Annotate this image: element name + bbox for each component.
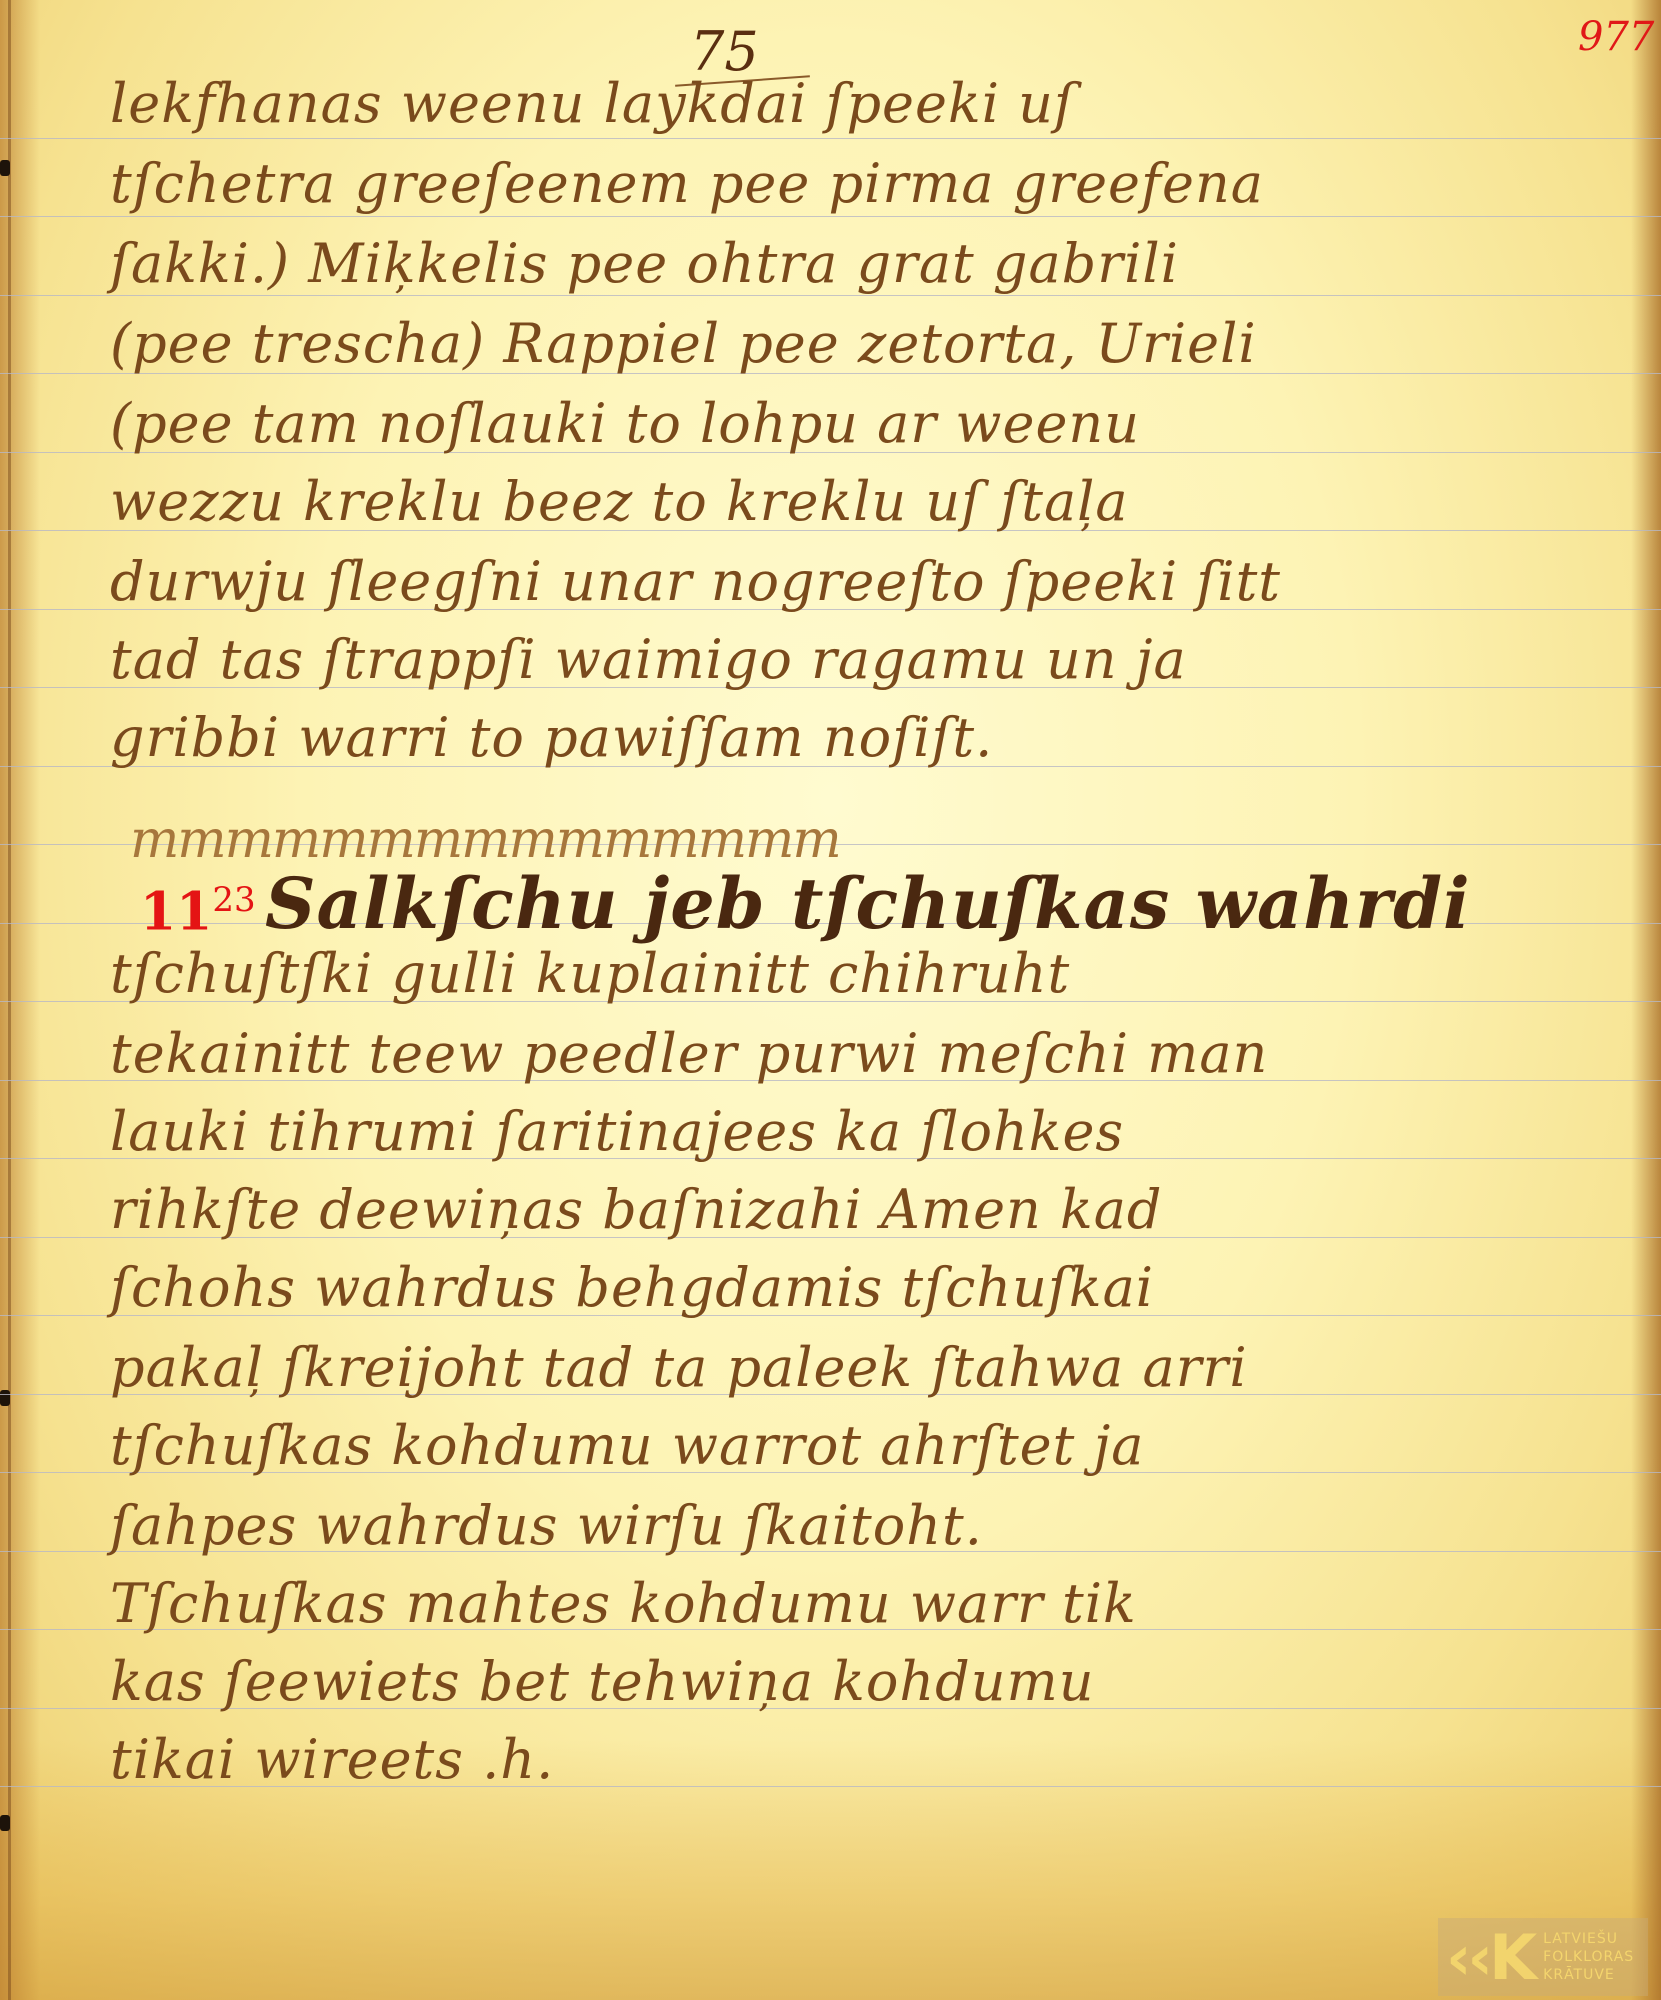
manuscript-page: 75 977 lekfhanas weenu laykdai ſpeeki uſ… (0, 0, 1661, 2000)
lfk-logo-icon: ‹‹K (1446, 1921, 1533, 1994)
text-line: Tſchuſkas mahtes kohdumu warr tik (110, 1572, 1137, 1635)
text-line: tad tas ſtrappſi waimigo ragamu un ja (110, 628, 1187, 691)
text-line: pakaļ ſkreijoht tad ta paleek ſtahwa arr… (110, 1336, 1248, 1399)
text-line: (pee tam noſlauki to lohpu ar weenu (110, 392, 1140, 455)
text-line: gribbi warri to pawiſſam noſiſt. (110, 706, 993, 769)
entry-number: 1123 (140, 880, 256, 942)
text-line: (pee trescha) Rappiel pee zetorta, Uriel… (110, 312, 1257, 375)
text-line: tekainitt teew peedler purwi meſchi man (110, 1022, 1268, 1085)
paper-stain-left (0, 0, 40, 2000)
archive-logo: ‹‹K LATVIEŠU FOLKLORAS KRĀTUVE (1438, 1918, 1648, 1996)
text-line: wezzu kreklu beez to kreklu uſ ſtaļa (110, 470, 1129, 533)
section-divider: mmmmmmmmmmmmmmm (130, 810, 840, 870)
text-line: tſchuſtſki gulli kuplainitt chihruht (110, 942, 1070, 1005)
paper-stain-right (1631, 0, 1661, 2000)
text-line: tſchuſkas kohdumu warrot ahrſtet ja (110, 1414, 1144, 1477)
ruled-line (0, 295, 1661, 296)
binding-staple-icon (0, 1815, 10, 1831)
ruled-line (0, 216, 1661, 217)
entry-number-main: 11 (140, 881, 212, 942)
binding-edge (8, 0, 11, 2000)
text-line: ſakki.) Miķkelis pee ohtra grat gabrili (110, 232, 1179, 295)
text-line: kas ſeewiets bet tehwiņa kohdumu (110, 1650, 1095, 1713)
text-line: lauki tihrumi ſaritinajees ka ſlohkes (110, 1100, 1124, 1163)
archive-number: 977 (1578, 14, 1654, 60)
text-line: ſchohs wahrdus behgdamis tſchuſkai (110, 1256, 1154, 1319)
text-line: lekfhanas weenu laykdai ſpeeki uſ (110, 72, 1075, 135)
text-line: ſahpes wahrdus wirſu ſkaitoht. (110, 1494, 983, 1557)
binding-staple-icon (0, 1390, 10, 1406)
entry-title: Salkſchu jeb tſchuſkas wahrdi (265, 862, 1471, 945)
logo-text: LATVIEŠU FOLKLORAS KRĀTUVE (1543, 1930, 1634, 1984)
text-line: durwju ſleegſni unar nogreeſto ſpeeki ſi… (110, 550, 1281, 613)
text-line: tikai wireets .h. (110, 1728, 554, 1791)
text-line: tſchetra greeſeenem pee pirma greefena (110, 152, 1264, 215)
ruled-line (0, 138, 1661, 139)
binding-staple-icon (0, 160, 10, 176)
entry-number-sub: 23 (212, 880, 255, 920)
text-line: rihkſte deewiņas baſnizahi Amen kad (110, 1178, 1162, 1241)
